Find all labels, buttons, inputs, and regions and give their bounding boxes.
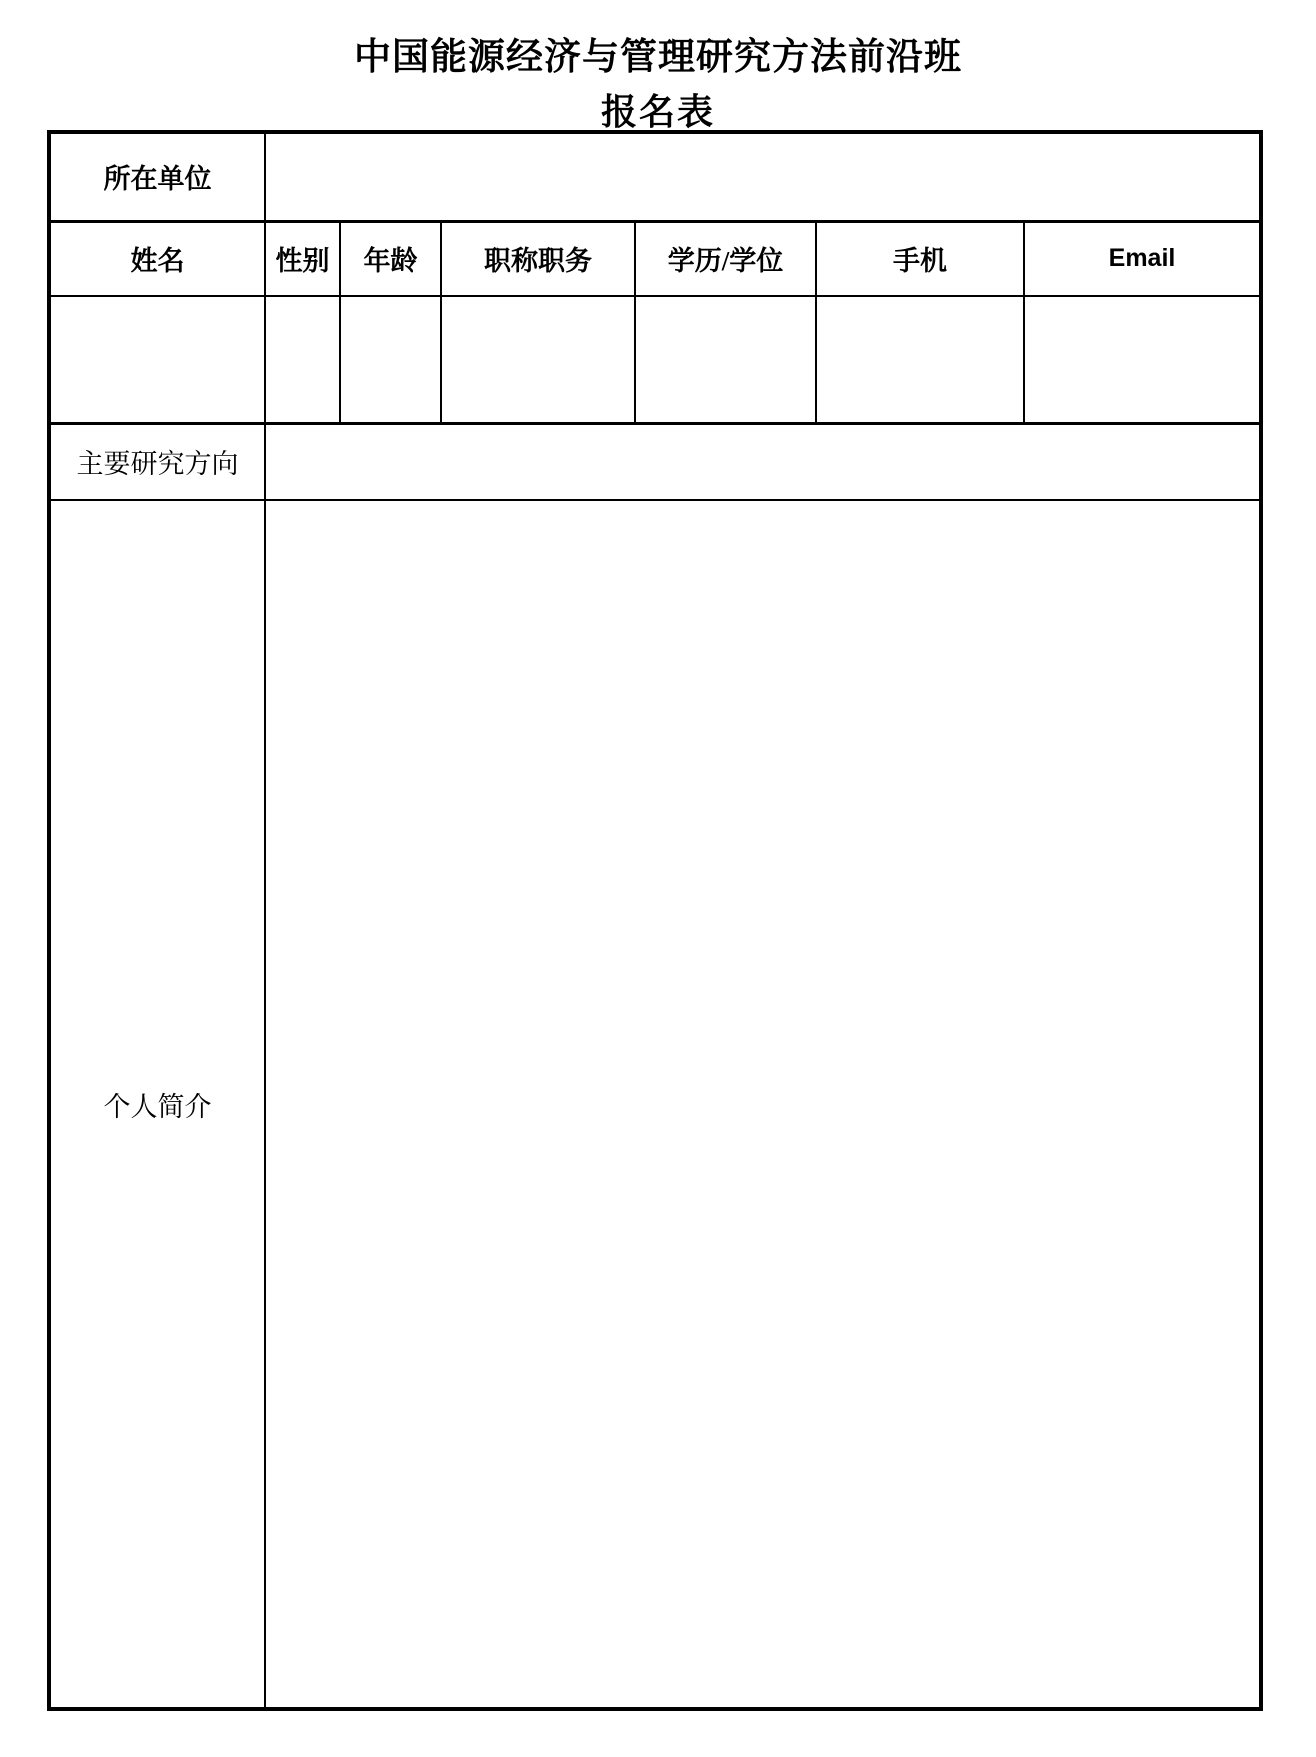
title-position-input-cell[interactable] [441, 296, 635, 423]
bio-label-cell: 个人简介 [49, 500, 265, 1709]
page-title: 中国能源经济与管理研究方法前沿班 [0, 26, 1316, 80]
gender-input-cell[interactable] [265, 296, 340, 423]
header-mobile: 手机 [816, 221, 1024, 296]
header-name: 姓名 [49, 221, 265, 296]
header-email: Email [1024, 221, 1261, 296]
mobile-input-cell[interactable] [816, 296, 1024, 423]
unit-input-cell[interactable] [265, 132, 1261, 221]
person-header-row: 姓名 性别 年龄 职称职务 学历/学位 手机 Email [49, 221, 1261, 296]
research-label-cell: 主要研究方向 [49, 423, 265, 500]
registration-table: 所在单位 姓名 性别 年龄 职称职务 学历/学位 手机 Email 主要研究方向 [47, 130, 1263, 1711]
header-title-position: 职称职务 [441, 221, 635, 296]
name-input-cell[interactable] [49, 296, 265, 423]
research-input-cell[interactable] [265, 423, 1261, 500]
degree-input-cell[interactable] [635, 296, 816, 423]
page-subtitle: 报名表 [0, 84, 1316, 135]
registration-form-page: 中国能源经济与管理研究方法前沿班 报名表 所在单位 姓名 性别 年龄 职称职务 … [0, 0, 1316, 1757]
header-gender: 性别 [265, 221, 340, 296]
header-age: 年龄 [340, 221, 441, 296]
email-input-cell[interactable] [1024, 296, 1261, 423]
research-row: 主要研究方向 [49, 423, 1261, 500]
bio-row: 个人简介 [49, 500, 1261, 1709]
unit-row: 所在单位 [49, 132, 1261, 221]
person-input-row [49, 296, 1261, 423]
header-degree: 学历/学位 [635, 221, 816, 296]
age-input-cell[interactable] [340, 296, 441, 423]
unit-label-cell: 所在单位 [49, 132, 265, 221]
bio-input-cell[interactable] [265, 500, 1261, 1709]
